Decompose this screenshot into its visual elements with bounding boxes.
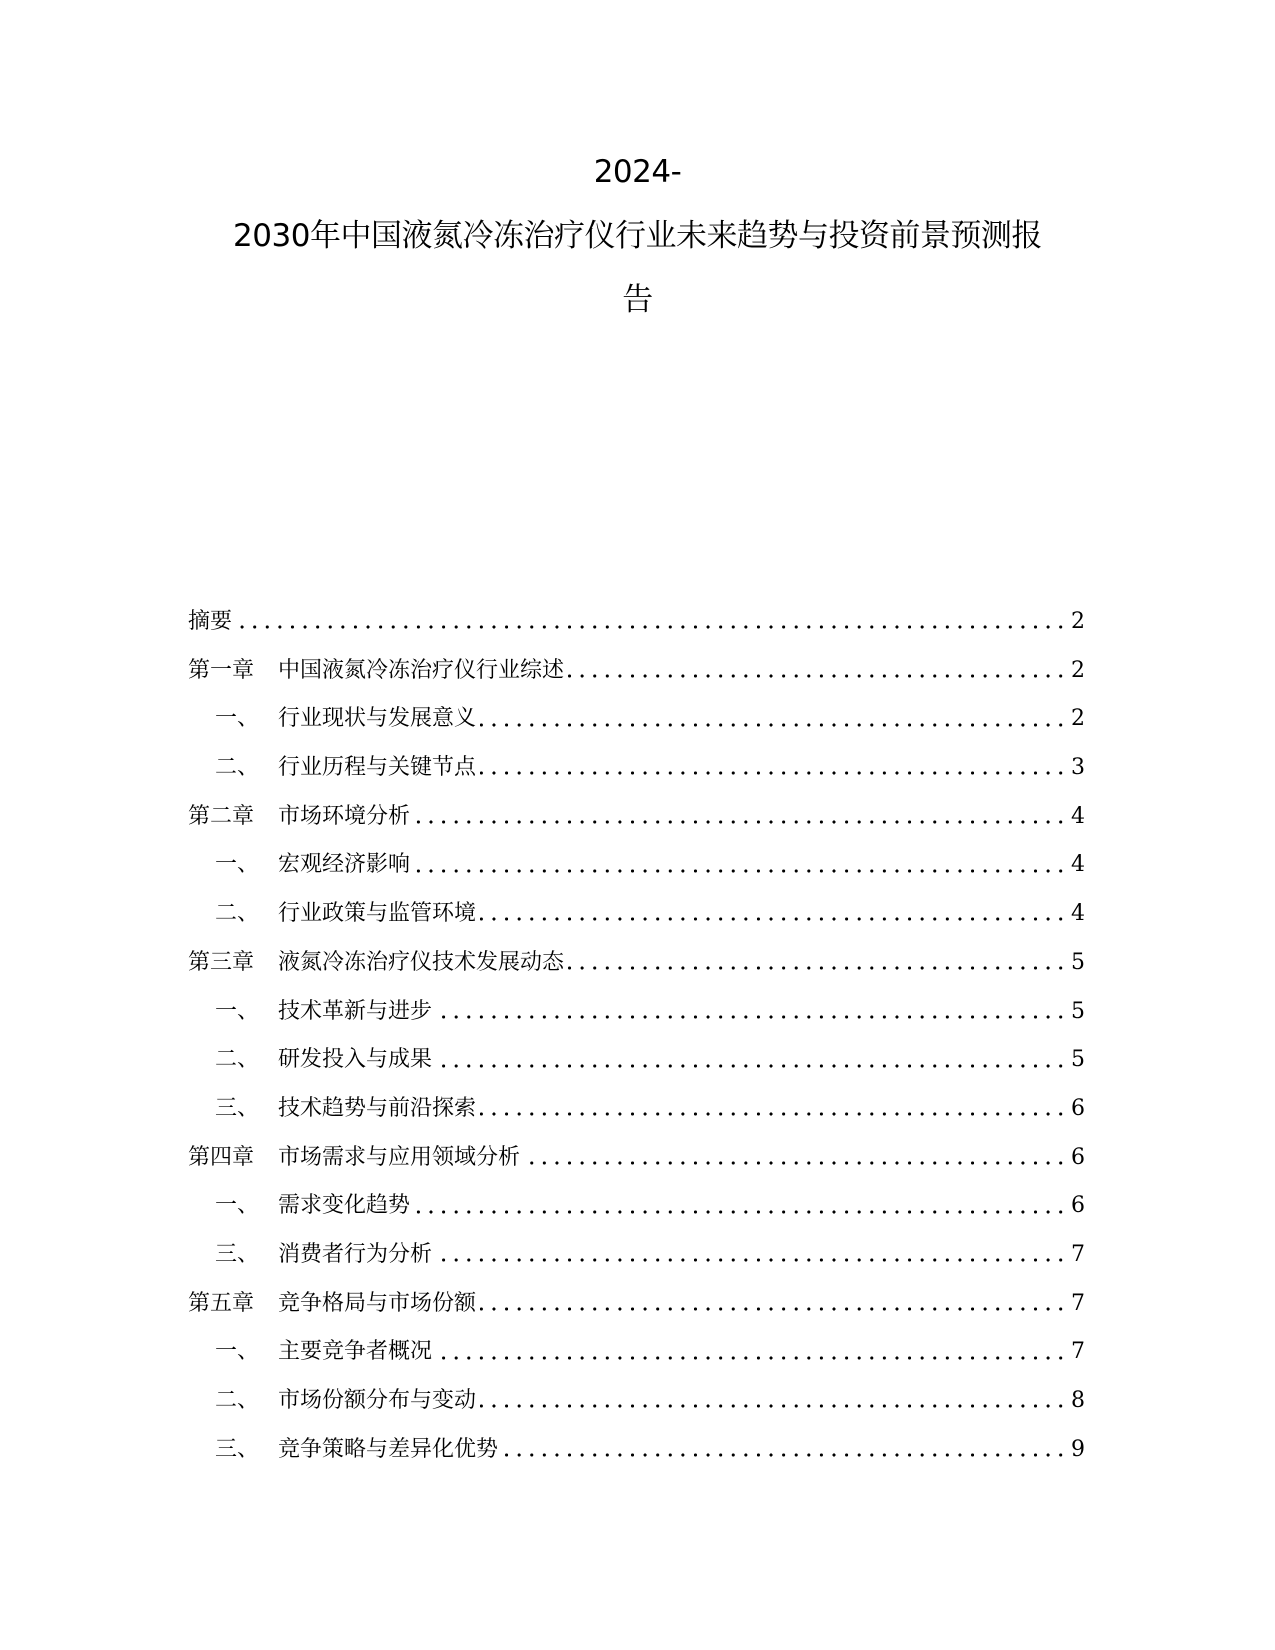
toc-page-number: 4 [1071,841,1085,890]
toc-entry-section[interactable]: 三、 竞争策略与差异化优势 9 [188,1426,1085,1475]
toc-page-number: 8 [1071,1377,1085,1426]
title-line-3: 告 [190,268,1085,332]
toc-entry-abstract[interactable]: 摘要 2 [188,598,1085,647]
toc-dot-leader [436,1343,1067,1363]
toc-entry-label: 研发投入与成果 [278,1036,432,1085]
toc-section-number: 三、 [215,1231,278,1280]
toc-dot-leader [236,612,1067,632]
toc-dot-leader [480,1391,1067,1411]
toc-entry-label: 竞争格局与市场份额 [278,1280,476,1329]
toc-entry-label: 市场需求与应用领域分析 [278,1134,520,1183]
toc-chapter-number: 第一章 [188,647,278,696]
toc-page-number: 6 [1071,1182,1085,1231]
toc-entry-label: 行业历程与关键节点 [278,744,476,793]
toc-dot-leader [480,904,1067,924]
toc-entry-section[interactable]: 一、 行业现状与发展意义 2 [188,695,1085,744]
document-title: 2024- 2030年中国液氮冷冻治疗仪行业未来趋势与投资前景预测报 告 [190,140,1085,332]
toc-entry-chapter-4[interactable]: 第四章 市场需求与应用领域分析 6 [188,1134,1085,1183]
toc-page-number: 4 [1071,890,1085,939]
toc-entry-section[interactable]: 三、 消费者行为分析 7 [188,1231,1085,1280]
toc-dot-leader [414,856,1067,876]
toc-entry-label: 消费者行为分析 [278,1231,432,1280]
toc-entry-label: 竞争策略与差异化优势 [278,1426,498,1475]
toc-entry-section[interactable]: 二、 行业历程与关键节点 3 [188,744,1085,793]
toc-section-number: 二、 [215,890,278,939]
toc-page-number: 2 [1071,598,1085,647]
toc-entry-label: 行业政策与监管环境 [278,890,476,939]
toc-dot-leader [436,1051,1067,1071]
toc-section-number: 一、 [215,988,278,1037]
toc-entry-section[interactable]: 二、 市场份额分布与变动 8 [188,1377,1085,1426]
toc-entry-label: 技术革新与进步 [278,988,432,1037]
toc-chapter-number: 第三章 [188,939,278,988]
toc-entry-label: 液氮冷冻治疗仪技术发展动态 [278,939,564,988]
toc-page-number: 6 [1071,1085,1085,1134]
toc-entry-section[interactable]: 三、 技术趋势与前沿探索 6 [188,1085,1085,1134]
toc-entry-label: 需求变化趋势 [278,1182,410,1231]
title-line-1: 2024- [190,140,1085,204]
toc-page-number: 5 [1071,1036,1085,1085]
toc-entry-section[interactable]: 一、 需求变化趋势 6 [188,1182,1085,1231]
toc-dot-leader [436,1245,1067,1265]
toc-chapter-number: 第四章 [188,1134,278,1183]
toc-section-number: 三、 [215,1426,278,1475]
toc-entry-section[interactable]: 二、 行业政策与监管环境 4 [188,890,1085,939]
toc-page-number: 4 [1071,793,1085,842]
toc-dot-leader [568,953,1067,973]
toc-dot-leader [568,661,1067,681]
toc-entry-chapter-3[interactable]: 第三章 液氮冷冻治疗仪技术发展动态 5 [188,939,1085,988]
toc-entry-chapter-5[interactable]: 第五章 竞争格局与市场份额 7 [188,1280,1085,1329]
toc-page-number: 9 [1071,1426,1085,1475]
toc-entry-label: 市场份额分布与变动 [278,1377,476,1426]
toc-section-number: 一、 [215,841,278,890]
toc-section-number: 二、 [215,1377,278,1426]
toc-dot-leader [502,1440,1067,1460]
toc-entry-section[interactable]: 二、 研发投入与成果 5 [188,1036,1085,1085]
toc-entry-chapter-2[interactable]: 第二章 市场环境分析 4 [188,793,1085,842]
toc-chapter-number: 第二章 [188,793,278,842]
toc-dot-leader [524,1148,1067,1168]
title-line-2: 2030年中国液氮冷冻治疗仪行业未来趋势与投资前景预测报 [190,204,1085,268]
toc-section-number: 一、 [215,695,278,744]
toc-page-number: 2 [1071,647,1085,696]
toc-entry-label: 摘要 [188,598,232,647]
toc-page-number: 6 [1071,1134,1085,1183]
toc-entry-label: 市场环境分析 [278,793,410,842]
toc-section-number: 一、 [215,1328,278,1377]
toc-dot-leader [480,1294,1067,1314]
toc-dot-leader [414,807,1067,827]
table-of-contents: 摘要 2 第一章 中国液氮冷冻治疗仪行业综述 2 一、 行业现状与发展意义 2 … [188,598,1085,1474]
toc-section-number: 二、 [215,1036,278,1085]
toc-page-number: 2 [1071,695,1085,744]
toc-entry-section[interactable]: 一、 主要竞争者概况 7 [188,1328,1085,1377]
toc-entry-label: 主要竞争者概况 [278,1328,432,1377]
toc-entry-section[interactable]: 一、 技术革新与进步 5 [188,988,1085,1037]
toc-page-number: 5 [1071,988,1085,1037]
toc-page-number: 3 [1071,744,1085,793]
toc-entry-label: 宏观经济影响 [278,841,410,890]
toc-dot-leader [436,1002,1067,1022]
toc-dot-leader [480,758,1067,778]
toc-entry-label: 中国液氮冷冻治疗仪行业综述 [278,647,564,696]
toc-entry-section[interactable]: 一、 宏观经济影响 4 [188,841,1085,890]
toc-entry-chapter-1[interactable]: 第一章 中国液氮冷冻治疗仪行业综述 2 [188,647,1085,696]
toc-dot-leader [480,710,1067,730]
toc-section-number: 二、 [215,744,278,793]
toc-dot-leader [480,1099,1067,1119]
toc-section-number: 三、 [215,1085,278,1134]
toc-page-number: 7 [1071,1280,1085,1329]
toc-page-number: 7 [1071,1231,1085,1280]
toc-page-number: 5 [1071,939,1085,988]
toc-entry-label: 行业现状与发展意义 [278,695,476,744]
toc-dot-leader [414,1197,1067,1217]
toc-entry-label: 技术趋势与前沿探索 [278,1085,476,1134]
toc-chapter-number: 第五章 [188,1280,278,1329]
toc-page-number: 7 [1071,1328,1085,1377]
toc-section-number: 一、 [215,1182,278,1231]
